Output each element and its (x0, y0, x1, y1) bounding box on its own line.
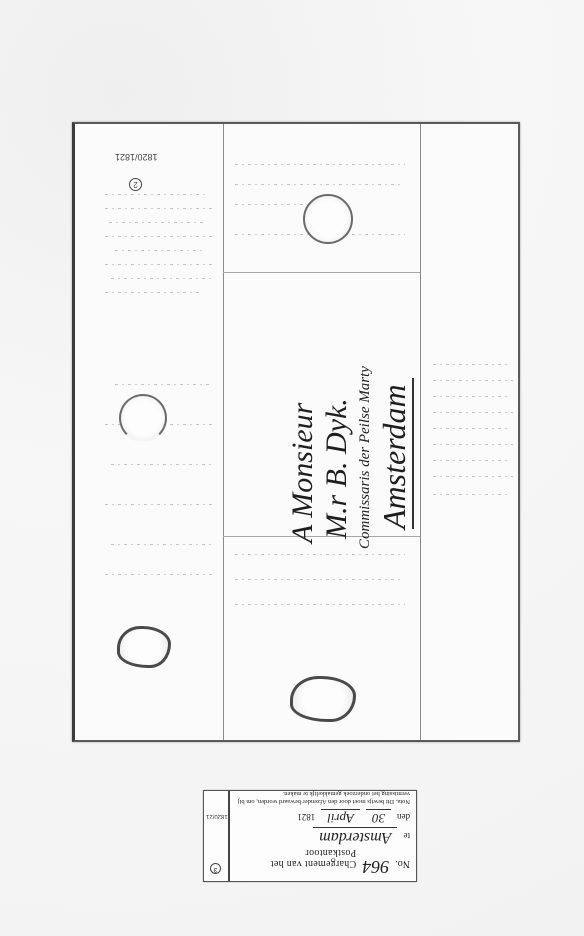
faded-text-line (109, 222, 204, 223)
faded-text-line (105, 574, 215, 575)
address-title: Commissaris der Peilse Marty (354, 309, 376, 549)
slip-month: April (321, 809, 360, 826)
slip-no-label: No. (395, 858, 410, 869)
address-block: A Monsieur M.r B. Dyk. Commissaris der P… (250, 314, 450, 544)
slip-den-label: den (397, 812, 410, 822)
slip-number: 964 (362, 856, 389, 877)
faded-text-line (105, 236, 213, 237)
slip-nota: Nota. Dit bewijs moet door den Afzender … (236, 789, 410, 805)
page-marker: 2 (129, 178, 142, 191)
archive-number: 1820/1821 (115, 152, 158, 162)
postal-slip: 1820/21 3 No. 964 Chargement van het Pos… (203, 790, 417, 882)
faded-text-line (235, 554, 405, 555)
slip-stub: 1820/21 3 (204, 791, 230, 881)
faded-text-line (235, 204, 315, 205)
faded-text-line (235, 164, 405, 165)
address-salutation: A Monsieur (286, 309, 320, 543)
wax-seal-mark (119, 394, 167, 442)
letter-sheet: 1820/1821 2 A Monsieur M.r B. Dyk. Commi… (72, 122, 520, 742)
fold-line (223, 124, 224, 740)
faded-text-line (235, 184, 400, 185)
slip-te-label: te (404, 831, 411, 841)
faded-text-line (111, 544, 211, 545)
faded-text-line (105, 292, 201, 293)
faded-text-line (111, 464, 211, 465)
faded-text-line (111, 278, 211, 279)
faded-text-line (105, 504, 213, 505)
slip-year: 1821 (297, 812, 315, 822)
wax-seal-remnant (117, 626, 171, 668)
slip-day: 30 (366, 809, 391, 826)
faded-text-line (105, 208, 215, 209)
address-city: Amsterdam (376, 378, 414, 529)
stub-number: 1820/21 (206, 813, 228, 819)
faded-text-line (235, 579, 400, 580)
faded-text-line (105, 194, 205, 195)
slip-title: Chargement van het Postkantoor (236, 847, 356, 869)
faded-text-line (115, 250, 205, 251)
wax-seal-mark (303, 194, 353, 244)
faded-text-line (115, 384, 210, 385)
slip-body: No. 964 Chargement van het Postkantoor t… (230, 791, 416, 881)
slip-place: Amsterdam (313, 827, 397, 846)
faded-text-line (105, 264, 215, 265)
faded-text-line (235, 604, 405, 605)
fold-line (223, 272, 420, 273)
address-recipient: M.r B. Dyk. (320, 309, 354, 539)
stub-marker: 3 (210, 863, 221, 874)
wax-seal-remnant (290, 676, 356, 722)
